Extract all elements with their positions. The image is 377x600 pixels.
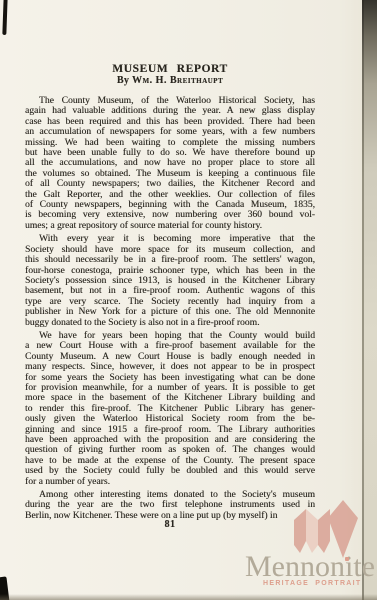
text-line: buggy donated to the Society is also not…: [25, 318, 315, 328]
text-line: type are very scarce. The Society recent…: [25, 297, 315, 307]
text-line: all the accumulations, and now have no p…: [25, 158, 315, 168]
page-title: MUSEUM REPORT: [25, 63, 315, 75]
text-line: missing. We had been waiting to complete…: [25, 138, 315, 148]
text-line: for provision meanwhile, for a number of…: [25, 383, 315, 393]
text-line: the volumes so obtained. The Museum is k…: [25, 169, 315, 179]
text-line: County Museum. A new Court House is badl…: [25, 352, 315, 362]
text-line: umes; a great repository of source mater…: [25, 221, 315, 231]
text-line: during the year are the two first teleph…: [25, 500, 315, 510]
text-line: to render this fire-proof. The Kitchener…: [25, 404, 315, 414]
paragraph: Among other interesting items donated to…: [25, 490, 315, 521]
text-line: publisher in New York for a picture of t…: [25, 307, 315, 317]
page-edge-strip: [364, 0, 377, 600]
text-line: many respects. Since, however, it does n…: [25, 362, 315, 372]
scan-bottom-shadow: [0, 594, 377, 600]
text-line: for some years the Society has been inve…: [25, 373, 315, 383]
text-line: case has been required and this has been…: [25, 117, 315, 127]
text-line: this should necessarily be in a fire-pro…: [25, 255, 315, 265]
text-line: of County newspapers, beginning with the…: [25, 200, 315, 210]
text-line: Society should have more space for its m…: [25, 245, 315, 255]
byline-prefix: By: [117, 75, 129, 86]
byline-author: Wm. H. Breithaupt: [132, 75, 223, 86]
paragraph: We have for years been hoping that the C…: [25, 331, 315, 487]
watermark-tagline: HERITAGE PORTRAIT: [263, 580, 361, 587]
text-line: Among other interesting items donated to…: [25, 490, 315, 500]
text-line: but have been unable fully to do so. We …: [25, 148, 315, 158]
text-line: ginning and since 1915 a fire-proof room…: [25, 425, 315, 435]
paragraph: With every year it is becoming more impe…: [25, 234, 315, 328]
text-line: Society's possession since 1913, is hous…: [25, 276, 315, 286]
text-line: of all County newspapers; two dailies, t…: [25, 179, 315, 189]
text-line: again had valuable additions during the …: [25, 106, 315, 116]
text-line: used by the Society could fully be doubl…: [25, 466, 315, 476]
byline: By Wm. H. Breithaupt: [25, 75, 315, 86]
text-line: an accumulation of newspapers for some y…: [25, 127, 315, 137]
page-edge-line: [362, 0, 364, 600]
text-line: four-horse conestoga, prairie schooner t…: [25, 266, 315, 276]
text-line: The County Museum, of the Waterloo Histo…: [25, 96, 315, 106]
text-line: We have for years been hoping that the C…: [25, 331, 315, 341]
text-line: is becoming very extensive, now numberin…: [25, 210, 315, 220]
text-line: more space in the basement of the Kitche…: [25, 393, 315, 403]
watermark-word: Mennonite: [245, 551, 377, 582]
text-line: basement, but not in a fire-proof room. …: [25, 286, 315, 296]
text-line: have been approached with the propositio…: [25, 435, 315, 445]
watermark-i-dot: [345, 557, 349, 561]
scan-gutter-mark-top: [2, 0, 7, 35]
text-line: question of giving further room as spoke…: [25, 445, 315, 455]
scanned-book-page: MUSEUM REPORT By Wm. H. Breithaupt The C…: [0, 0, 377, 600]
text-line: have to be made at the expense of the Co…: [25, 456, 315, 466]
text-line: the Galt Reporter, and the other weeklie…: [25, 190, 315, 200]
text-line: a new Court House with a fire-proof base…: [25, 341, 315, 351]
text-line: for a number of years.: [25, 477, 315, 487]
text-line: ously given the Waterloo Historical Soci…: [25, 414, 315, 424]
text-line: With every year it is becoming more impe…: [25, 234, 315, 244]
page-number: 81: [25, 519, 315, 530]
paragraph: The County Museum, of the Waterloo Histo…: [25, 96, 315, 231]
body-text: The County Museum, of the Waterloo Histo…: [25, 96, 315, 521]
